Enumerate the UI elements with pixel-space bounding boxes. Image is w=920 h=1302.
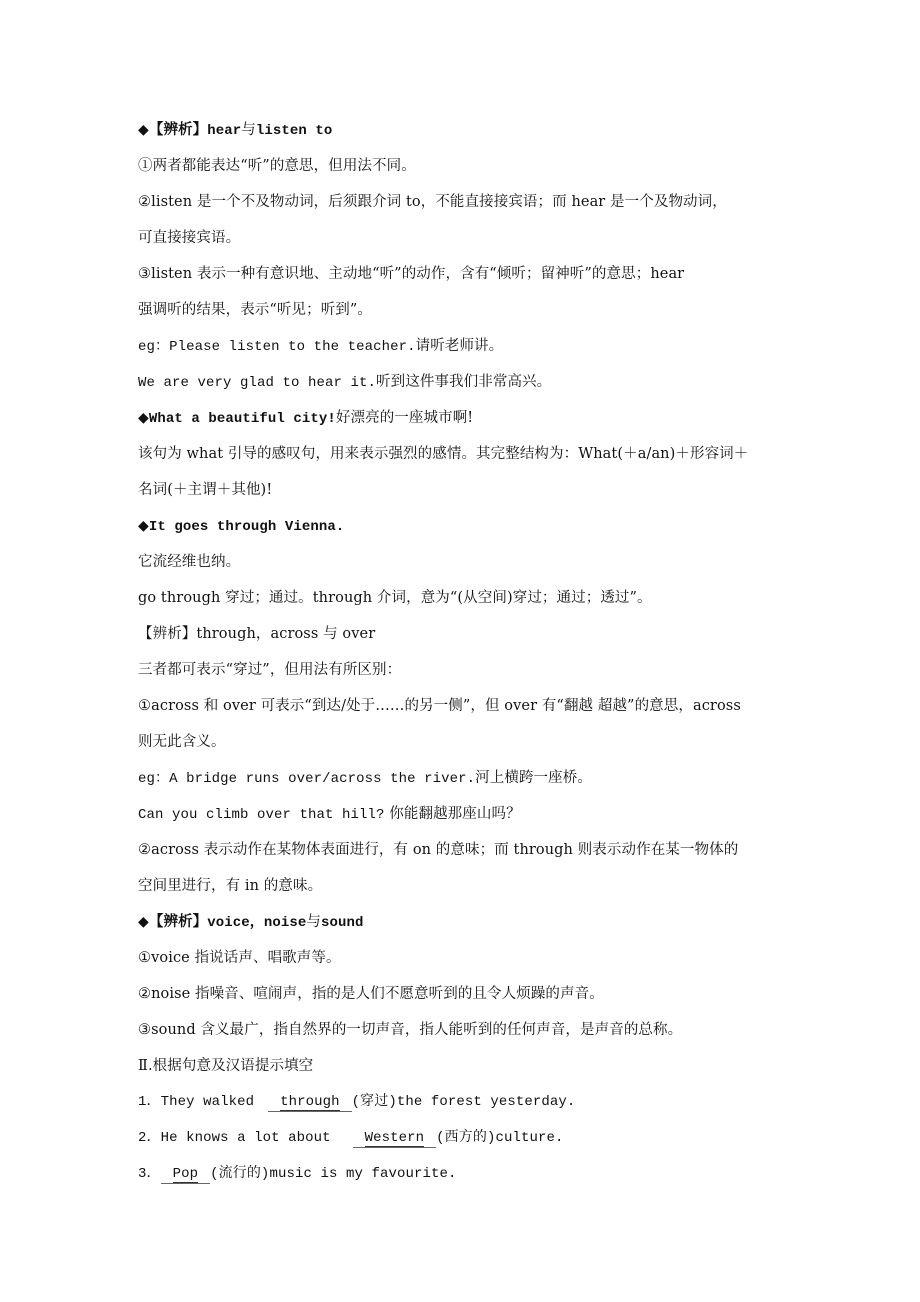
hint: (流行的): [210, 1166, 269, 1182]
item-number: 2．: [138, 1130, 161, 1146]
item-number: 1．: [138, 1094, 161, 1110]
paragraph-line: 它流经维也纳。: [138, 550, 798, 586]
paragraph-line: 【辨析】through，across 与 over: [138, 622, 798, 658]
diamond-bullet-icon: ◆: [138, 410, 149, 426]
paragraph-line: go through 穿过；通过。through 介词，意为“(从空间)穿过；通…: [138, 586, 798, 622]
paragraph-line: 强调听的结果，表示“听见；听到”。: [138, 298, 798, 334]
paragraph-line: ③listen 表示一种有意识地、主动地“听”的动作，含有“倾听；留神听”的意思…: [138, 262, 798, 298]
paragraph-line: 名词(＋主谓＋其他)!: [138, 478, 798, 514]
exercise-item-2: 2．He knows a lot aboutWestern(西方的)cultur…: [138, 1126, 798, 1162]
exercise-item-3: 3．Pop(流行的)music is my favourite.: [138, 1162, 798, 1198]
paragraph-line: 三者都可表示“穿过”，但用法有所区别：: [138, 658, 798, 694]
hint: (西方的): [436, 1130, 495, 1146]
example-sentence: eg：A bridge runs over/across the river.河…: [138, 766, 798, 802]
paragraph-line: ②listen 是一个不及物动词，后须跟介词 to，不能直接接宾语；而 hear…: [138, 190, 798, 226]
answer-blank[interactable]: Western: [353, 1129, 437, 1148]
paragraph-line: 空间里进行，有 in 的意味。: [138, 874, 798, 910]
paragraph-line: ①across 和 over 可表示“到达/处于……的另一侧”，但 over 有…: [138, 694, 798, 730]
paragraph-line: ②noise 指噪音、喧闹声，指的是人们不愿意听到的且令人烦躁的声音。: [138, 982, 798, 1018]
diamond-bullet-icon: ◆: [138, 122, 149, 138]
example-sentence: We are very glad to hear it.听到这件事我们非常高兴。: [138, 370, 798, 406]
example-sentence: Can you climb over that hill? 你能翻越那座山吗？: [138, 802, 798, 838]
item-number: 3．: [138, 1166, 161, 1182]
paragraph-line: 可直接接宾语。: [138, 226, 798, 262]
section-heading-it-goes-through-vienna: ◆It goes through Vienna.: [138, 514, 798, 550]
diamond-bullet-icon: ◆: [138, 914, 149, 930]
paragraph-line: ③sound 含义最广，指自然界的一切声音，指人能听到的任何声音，是声音的总称。: [138, 1018, 798, 1054]
section-heading-voice-noise-sound: ◆【辨析】voice，noise与sound: [138, 910, 798, 946]
answer-blank[interactable]: through: [268, 1093, 352, 1112]
paragraph-line: 则无此含义。: [138, 730, 798, 766]
paragraph-line: 该句为 what 引导的感叹句，用来表示强烈的感情。其完整结构为：What(＋a…: [138, 442, 798, 478]
diamond-bullet-icon: ◆: [138, 518, 149, 534]
document-page: ◆【辨析】hear与listen to ①两者都能表达“听”的意思，但用法不同。…: [138, 118, 798, 1198]
exercise-heading: Ⅱ.根据句意及汉语提示填空: [138, 1054, 798, 1090]
exercise-item-1: 1．They walkedthrough(穿过)the forest yeste…: [138, 1090, 798, 1126]
answer-blank[interactable]: Pop: [161, 1165, 211, 1184]
paragraph-line: ①两者都能表达“听”的意思，但用法不同。: [138, 154, 798, 190]
section-heading-hear-listen: ◆【辨析】hear与listen to: [138, 118, 798, 154]
hint: (穿过): [352, 1094, 397, 1110]
paragraph-line: ①voice 指说话声、唱歌声等。: [138, 946, 798, 982]
paragraph-line: ②across 表示动作在某物体表面进行，有 on 的意味；而 through …: [138, 838, 798, 874]
section-heading-what-a-beautiful-city: ◆What a beautiful city!好漂亮的一座城市啊!: [138, 406, 798, 442]
example-sentence: eg：Please listen to the teacher.请听老师讲。: [138, 334, 798, 370]
